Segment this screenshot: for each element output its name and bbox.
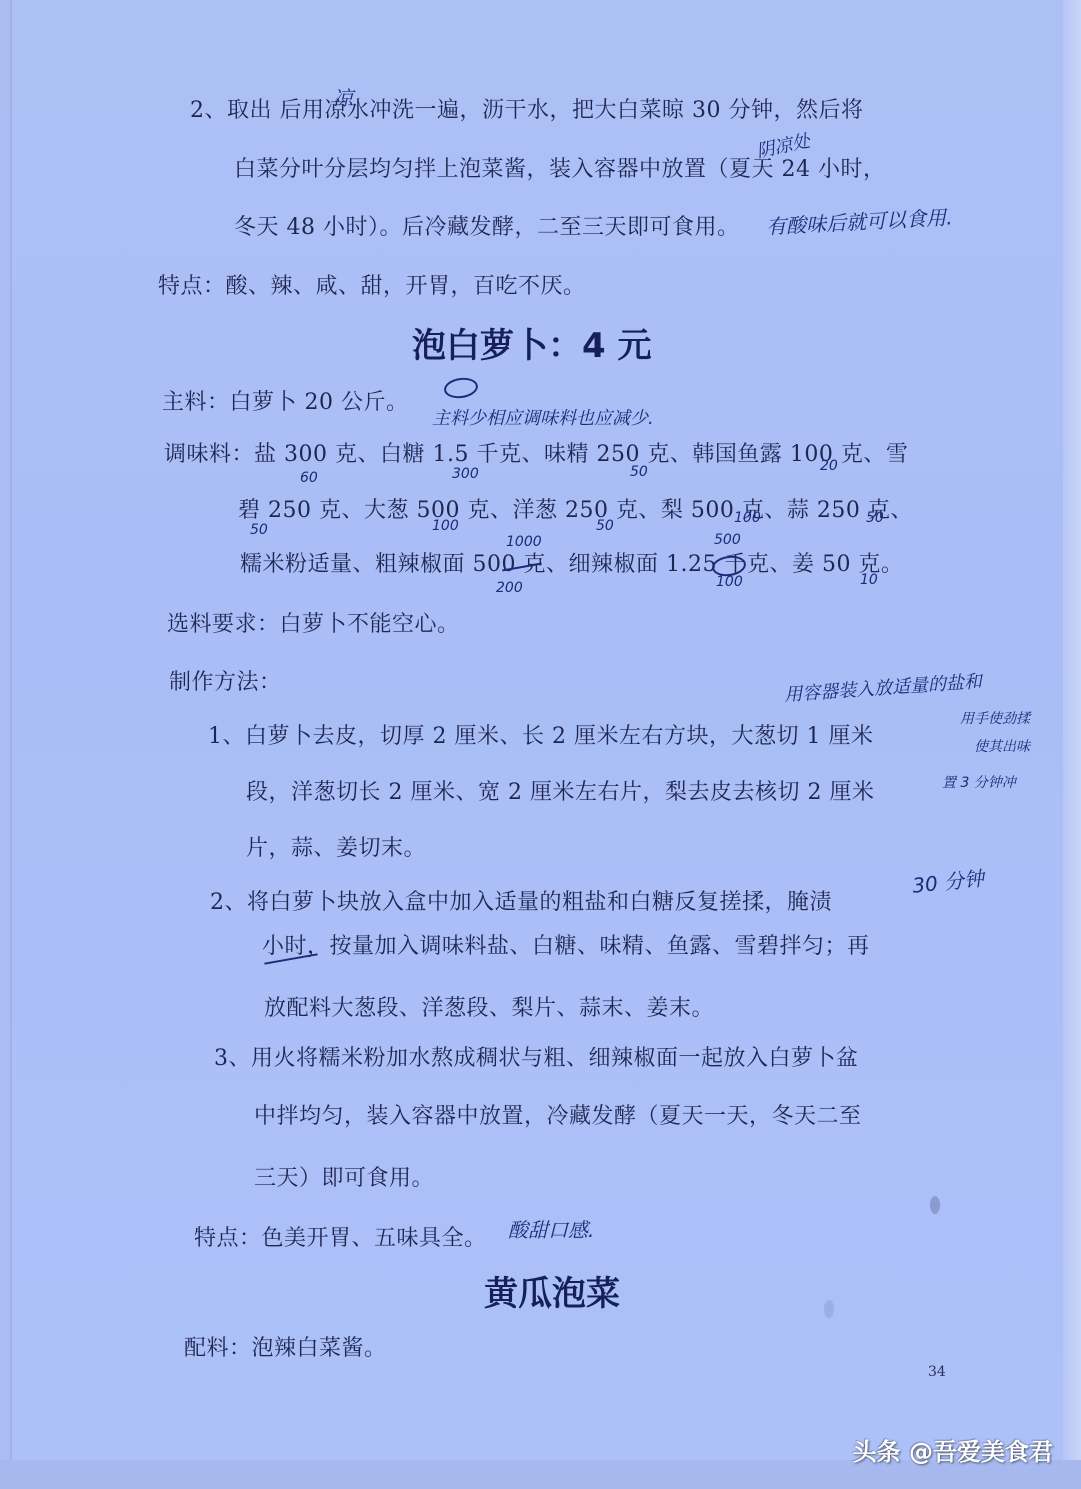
amount-pear: 100 xyxy=(734,510,761,526)
section-title-radish: 泡白萝卜：4 元 xyxy=(412,318,652,367)
method-step3-line1: 3、用火将糯米粉加水熬成稠状与粗、细辣椒面一起放入白萝卜盆 xyxy=(214,1044,859,1074)
amount-fine-chili-top: 500 xyxy=(714,532,741,548)
scribble-mark xyxy=(443,376,479,401)
section-title-cucumber: 黄瓜泡菜 xyxy=(484,1266,620,1315)
amount-garlic: 50 xyxy=(866,510,884,526)
method-step2-line2: 小时，按量加入调味料盐、白糖、味精、鱼露、雪碧拌匀；再 xyxy=(262,932,870,962)
step1-annotation-1: 用容器装入放适量的盐和 xyxy=(783,667,982,707)
method-step3-line2: 中拌均匀，装入容器中放置，冷藏发酵（夏天一天，冬天二至 xyxy=(254,1102,862,1132)
amount-salt: 60 xyxy=(300,470,318,486)
step2-line2: 白菜分叶分层均匀拌上泡菜酱，装入容器中放置（夏天 24 小时， xyxy=(234,155,885,185)
amount-scallion: 100 xyxy=(432,518,459,534)
method-step2-line1: 2、将白萝卜块放入盒中加入适量的粗盐和白糖反复搓揉，腌渍 xyxy=(210,888,832,918)
amount-sugar: 300 xyxy=(452,466,479,482)
amount-fish-sauce: 20 xyxy=(820,458,838,474)
watermark: 头条 @吾爱美食君 xyxy=(853,1432,1053,1467)
scanned-page: 凉 2、取出 后用凉水冲洗一遍，沥干水，把大白菜晾 30 分钟，然后将 阴凉处 … xyxy=(10,0,1064,1460)
ink-smudge xyxy=(824,1300,834,1318)
cucumber-ingredient: 配料：泡辣白菜酱。 xyxy=(184,1334,387,1364)
method-heading: 制作方法： xyxy=(169,668,282,698)
amount-msg: 50 xyxy=(630,464,648,480)
seasoning-line1: 调味料：盐 300 克、白糖 1.5 千克、味精 250 克、韩国鱼露 100 … xyxy=(164,440,908,470)
features-line-radish: 特点：色美开胃、五味具全。 xyxy=(194,1224,487,1254)
amount-sprite: 50 xyxy=(250,522,268,538)
amount-onion: 50 xyxy=(596,518,614,534)
step1-annotation-4: 置 3 分钟冲 xyxy=(942,772,1016,792)
selection-requirement: 选料要求：白萝卜不能空心。 xyxy=(167,610,460,640)
step2-line3: 冬天 48 小时）。后冷藏发酵，二至三天即可食用。 xyxy=(234,213,739,243)
page-number: 34 xyxy=(928,1364,946,1380)
method-step1-line2: 段，洋葱切长 2 厘米、宽 2 厘米左右片，梨去皮去核切 2 厘米 xyxy=(246,778,874,808)
method-step1-line1: 1、白萝卜去皮，切厚 2 厘米、长 2 厘米左右方块，大葱切 1 厘米 xyxy=(208,722,873,752)
amount-coarse-chili-bottom: 200 xyxy=(496,580,523,596)
step2-annotation: 30 分钟 xyxy=(911,862,985,898)
main-ingredient-note: 主料少相应调味料也应减少. xyxy=(432,404,654,430)
method-step1-line3: 片，蒜、姜切末。 xyxy=(246,834,426,864)
annotation-sour: 有酸味后就可以食用. xyxy=(765,201,953,240)
ink-smudge xyxy=(930,1196,940,1214)
main-ingredient: 主料：白萝卜 20 公斤。 xyxy=(162,388,408,418)
method-step3-line3: 三天）即可食用。 xyxy=(254,1164,434,1194)
step1-annotation-2: 用手使劲揉 xyxy=(960,708,1030,728)
amount-fine-chili-bottom: 100 xyxy=(716,574,743,590)
seasoning-line3: 糯米粉适量、粗辣椒面 500 克、细辣椒面 1.25 千克、姜 50 克。 xyxy=(240,550,903,580)
features-line: 特点：酸、辣、咸、甜，开胃，百吃不厌。 xyxy=(158,272,586,302)
method-step2-line3: 放配料大葱段、洋葱段、梨片、蒜末、姜末。 xyxy=(264,994,714,1024)
features-annotation: 酸甜口感. xyxy=(508,1214,594,1243)
amount-ginger: 10 xyxy=(860,572,878,588)
step2-line1: 2、取出 后用凉水冲洗一遍，沥干水，把大白菜晾 30 分钟，然后将 xyxy=(190,96,863,126)
seasoning-line2: 碧 250 克、大葱 500 克、洋葱 250 克、梨 500 克、蒜 250 … xyxy=(238,496,913,526)
amount-coarse-chili-top: 1000 xyxy=(506,534,542,550)
step1-annotation-3: 使其出味 xyxy=(974,736,1030,756)
page-edge xyxy=(1063,0,1081,1489)
